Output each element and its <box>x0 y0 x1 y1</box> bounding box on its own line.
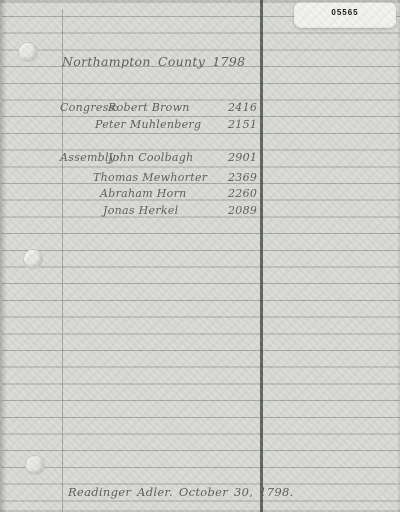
vote-count: 2369 <box>228 171 257 184</box>
record-row: Congress: Robert Brown 2416 <box>60 101 260 116</box>
record-row: Jonas Herkel 2089 <box>60 204 260 219</box>
source-citation: Readinger Adler. October 30, 1798. <box>68 485 294 499</box>
vote-count: 2151 <box>228 118 257 131</box>
vote-count: 2260 <box>228 187 257 200</box>
candidate-name: Peter Muhlenberg <box>95 118 201 131</box>
election-records: Congress: Robert Brown 2416 Peter Muhlen… <box>60 101 260 231</box>
punch-hole-bottom <box>25 455 45 475</box>
vertical-rule-line <box>260 0 263 512</box>
catalog-label: 05565 <box>294 2 396 28</box>
scanned-notebook-page: 05565 Northampton County 1798 Congress: … <box>0 0 400 512</box>
catalog-number: 05565 <box>331 8 358 17</box>
vote-count: 2901 <box>228 151 257 164</box>
punch-hole-middle <box>23 249 43 269</box>
punch-hole-top <box>18 42 38 62</box>
candidate-name: Abraham Horn <box>100 187 187 200</box>
candidate-name: John Coolbagh <box>108 151 194 164</box>
vote-count: 2089 <box>228 204 257 217</box>
scan-edge-top <box>0 0 400 3</box>
vote-count: 2416 <box>228 101 257 114</box>
record-row: Assembly: John Coolbagh 2901 <box>60 151 260 166</box>
candidate-name: Robert Brown <box>108 101 190 114</box>
candidate-name: Thomas Mewhorter <box>93 171 207 184</box>
candidate-name: Jonas Herkel <box>103 204 178 217</box>
scan-edge-left <box>0 0 7 512</box>
record-row: Peter Muhlenberg 2151 <box>60 118 260 133</box>
left-margin-line <box>62 10 63 512</box>
page-title: Northampton County 1798 <box>62 54 245 69</box>
record-row: Thomas Mewhorter 2369 <box>60 171 260 186</box>
record-row: Abraham Horn 2260 <box>60 187 260 202</box>
